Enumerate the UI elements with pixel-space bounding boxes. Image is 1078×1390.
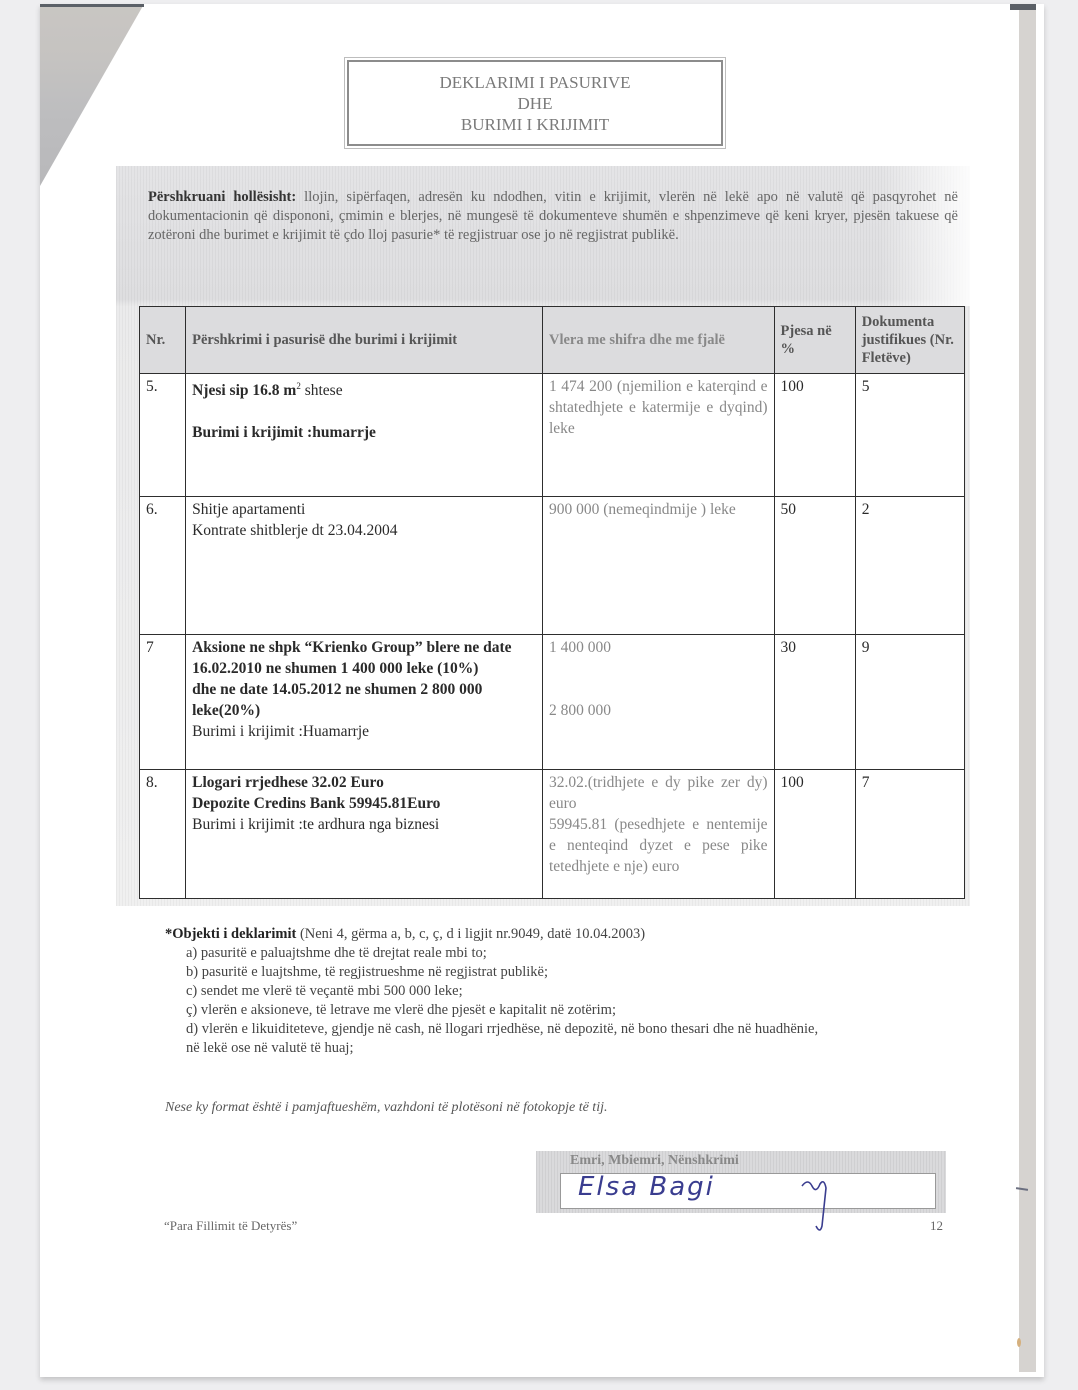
cell-description: Llogari rrjedhese 32.02 Euro Depozite Cr… — [186, 770, 543, 899]
value-line: 32.02.(tridhjete e dy pike zer dy) euro — [549, 772, 768, 814]
table-header-row: Nr. Përshkrimi i pasurisë dhe burimi i k… — [140, 307, 965, 374]
signature-scribble-icon — [800, 1176, 830, 1234]
table-row: 8. Llogari rrjedhese 32.02 Euro Depozite… — [140, 770, 965, 899]
signature-label: Emri, Mbiemri, Nënshkrimi — [570, 1153, 739, 1169]
cell-share: 100 — [774, 374, 855, 497]
continuation-note: Nese ky format është i pamjaftueshëm, va… — [165, 1100, 607, 1116]
value-line: 2 800 000 — [549, 700, 768, 721]
footnote-item: a) pasuritë e paluajtshme dhe të drejtat… — [165, 944, 965, 963]
desc-line: Llogari rrjedhese 32.02 Euro — [192, 772, 536, 793]
document-title: DEKLARIMI I PASURIVE DHE BURIMI I KRIJIM… — [347, 60, 723, 146]
instructions-paragraph: Përshkruani hollësisht: llojin, sipërfaq… — [148, 188, 958, 245]
header-description: Përshkrimi i pasurisë dhe burimi i kriji… — [186, 307, 543, 374]
paper-stain — [1017, 1338, 1021, 1347]
header-documents: Dokumenta justifikues (Nr. Fletëve) — [855, 307, 964, 374]
cell-share: 30 — [774, 635, 855, 770]
cell-documents: 9 — [855, 635, 964, 770]
cell-share: 100 — [774, 770, 855, 899]
instructions-lead: Përshkruani hollësisht: — [148, 189, 296, 205]
page-right-edge — [1019, 4, 1036, 1372]
cell-nr: 6. — [140, 497, 186, 635]
desc-line: dhe ne date 14.05.2012 ne shumen 2 800 0… — [192, 679, 536, 721]
table-row: 7 Aksione ne shpk “Krienko Group” blere … — [140, 635, 965, 770]
footnote-item: ç) vlerën e aksioneve, të letrave me vle… — [165, 1001, 965, 1020]
footer-caption: “Para Fillimit të Detyrës” — [164, 1218, 297, 1234]
cell-documents: 7 — [855, 770, 964, 899]
title-line-2: DHE — [349, 93, 721, 114]
desc-line: Aksione ne shpk “Krienko Group” blere ne… — [192, 637, 536, 679]
footnote-heading-rest: (Neni 4, gërma a, b, c, ç, d i ligjit nr… — [296, 926, 645, 942]
page-right-edge-top — [1010, 4, 1036, 10]
cell-description: Shitje apartamenti Kontrate shitblerje d… — [186, 497, 543, 635]
declaration-footnote: *Objekti i deklarimit (Neni 4, gërma a, … — [165, 925, 965, 1058]
desc-line: Burimi i krijimit :te ardhura nga biznes… — [192, 814, 536, 835]
cell-documents: 2 — [855, 497, 964, 635]
folded-corner-edge — [40, 4, 144, 7]
cell-description: Aksione ne shpk “Krienko Group” blere ne… — [186, 635, 543, 770]
table-row: 5. Njesi sip 16.8 m2 shtese Burimi i kri… — [140, 374, 965, 497]
value-line: 59945.81 (pesedhjete e nentemije e nente… — [549, 814, 768, 877]
header-nr: Nr. — [140, 307, 186, 374]
header-share: Pjesa në % — [774, 307, 855, 374]
footnote-item: d) vlerën e likuiditeteve, gjendje në ca… — [165, 1020, 965, 1039]
desc-line-tail: shtese — [301, 382, 343, 399]
page-number: 12 — [930, 1218, 943, 1234]
desc-line: Shitje apartamenti — [192, 499, 536, 520]
cell-nr: 8. — [140, 770, 186, 899]
footnote-item: b) pasuritë e luajtshme, të regjistruesh… — [165, 963, 965, 982]
desc-line: Burimi i krijimit :humarrje — [192, 422, 536, 443]
title-line-1: DEKLARIMI I PASURIVE — [349, 72, 721, 93]
cell-value: 32.02.(tridhjete e dy pike zer dy) euro … — [542, 770, 774, 899]
desc-line: Depozite Credins Bank 59945.81Euro — [192, 793, 536, 814]
cell-nr: 7 — [140, 635, 186, 770]
title-line-3: BURIMI I KRIJIMIT — [349, 114, 721, 135]
cell-documents: 5 — [855, 374, 964, 497]
footnote-item: në lekë ose në valutë të huaj; — [165, 1039, 965, 1058]
footnote-heading-bold: *Objekti i deklarimit — [165, 926, 296, 942]
handwritten-signature: Elsa Bagi — [578, 1172, 715, 1202]
cell-share: 50 — [774, 497, 855, 635]
header-value: Vlera me shifra dhe me fjalë — [542, 307, 774, 374]
cell-value: 1 400 000 2 800 000 — [542, 635, 774, 770]
cell-value: 900 000 (nemeqindmije ) leke — [542, 497, 774, 635]
cell-value: 1 474 200 (njemilion e katerqind e shtat… — [542, 374, 774, 497]
cell-nr: 5. — [140, 374, 186, 497]
footnote-item: c) sendet me vlerë të veçantë mbi 500 00… — [165, 982, 965, 1001]
assets-table: Nr. Përshkrimi i pasurisë dhe burimi i k… — [139, 306, 965, 899]
table-row: 6. Shitje apartamenti Kontrate shitblerj… — [140, 497, 965, 635]
desc-line: Burimi i krijimit :Huamarrje — [192, 721, 536, 742]
footnote-heading: *Objekti i deklarimit (Neni 4, gërma a, … — [165, 925, 965, 944]
desc-line: Kontrate shitblerje dt 23.04.2004 — [192, 520, 536, 541]
desc-line: Njesi sip 16.8 m — [192, 382, 296, 399]
value-line: 1 400 000 — [549, 637, 768, 658]
cell-description: Njesi sip 16.8 m2 shtese Burimi i krijim… — [186, 374, 543, 497]
